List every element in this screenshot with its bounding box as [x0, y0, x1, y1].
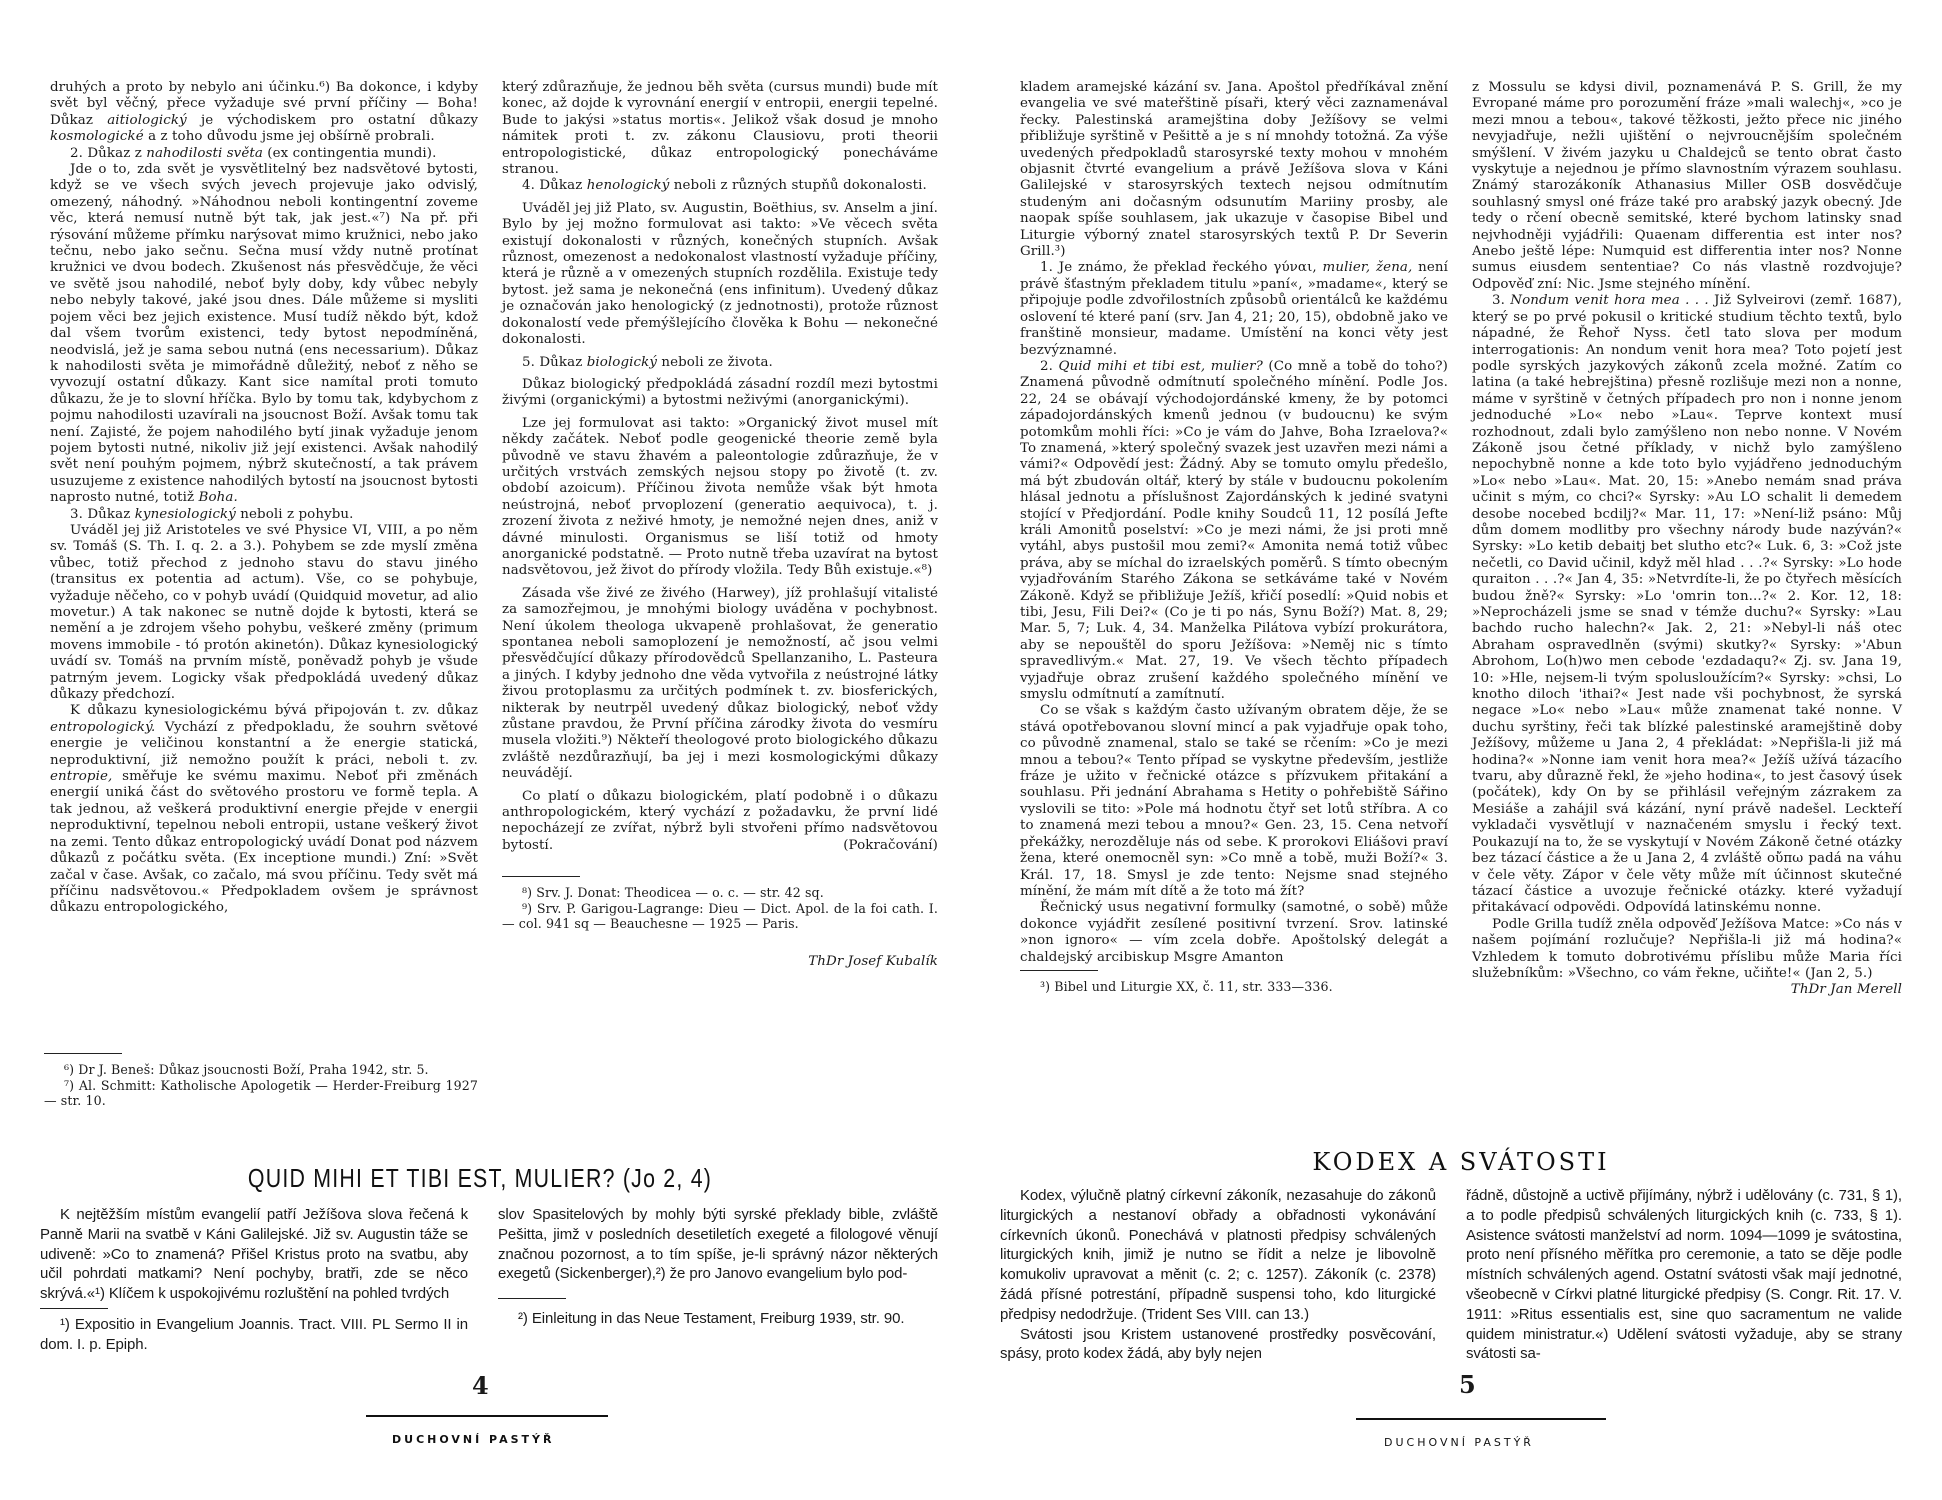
body-paragraph: Lze jej formulovat asi takto: »Organický…	[502, 416, 938, 580]
section-heading-paragraph: 3. Důkaz kynesiologický neboli z pohybu.	[50, 507, 478, 523]
body-paragraph: Uváděl jej již Plato, sv. Augustin, Boët…	[502, 201, 938, 349]
article-title: KODEX A SVÁTOSTI	[980, 1148, 1942, 1176]
left-page-column-1: druhých a proto by nebylo ani účinku.⁶) …	[50, 80, 478, 917]
footnote-rule	[502, 876, 580, 877]
body-paragraph: Uváděl jej již Aristoteles ve své Physic…	[50, 523, 478, 703]
column-2-body: z Mossulu se kdysi divil, poznamenává P.…	[1472, 80, 1902, 982]
footnote-rule	[1020, 970, 1098, 971]
right-page: kladem aramejské kázání sv. Jana. Apošto…	[980, 0, 1942, 1500]
footer-rule	[1356, 1418, 1606, 1420]
journal-footer: DUCHOVNÍ PASTÝŘ	[1384, 1436, 1534, 1449]
footnote-1: ¹) Expositio in Evangelium Joannis. Trac…	[40, 1315, 468, 1355]
body-paragraph: Co platí o důkazu biologickém, platí pod…	[502, 789, 938, 855]
footnote-6: ⁶) Dr J. Beneš: Důkaz jsoucnosti Boží, P…	[44, 1062, 478, 1078]
footnote-7: ⁷) Al. Schmitt: Katholische Apologetik —…	[44, 1078, 478, 1109]
right-page-column-1: kladem aramejské kázání sv. Jana. Apošto…	[1020, 80, 1448, 995]
bottom-column-2-text: slov Spasitelových by mohly býti syrské …	[498, 1205, 938, 1284]
body-paragraph: Podle Grilla tudíž zněla odpověď Ježíšov…	[1472, 917, 1902, 983]
bottom-paragraph: řádně, důstojně a uctivě přijímány, nýbr…	[1466, 1186, 1902, 1364]
footnote-9: ⁹) Srv. P. Garigou-Lagrange: Dieu — Dict…	[502, 901, 938, 932]
footer-rule	[366, 1415, 608, 1417]
body-paragraph: K důkazu kynesiologickému bývá připojová…	[50, 703, 478, 916]
footnote-2: ²) Einleitung in das Neue Testament, Fre…	[498, 1309, 938, 1329]
column-1-body: kladem aramejské kázání sv. Jana. Apošto…	[1020, 80, 1448, 966]
section-heading-paragraph: 2. Quid mihi et tibi est, mulier? (Co mn…	[1020, 359, 1448, 704]
footnote-3: ³) Bibel und Liturgie XX, č. 11, str. 33…	[1020, 979, 1448, 995]
body-paragraph: kladem aramejské kázání sv. Jana. Apošto…	[1020, 80, 1448, 260]
section-heading-paragraph: 1. Je známo, že překlad řeckého γύναι, m…	[1020, 260, 1448, 358]
footnote-rule	[40, 1308, 108, 1309]
bottom-column-2: řádně, důstojně a uctivě přijímány, nýbr…	[1466, 1186, 1902, 1364]
body-paragraph: Řečnický usus negativní formulky (samotn…	[1020, 900, 1448, 966]
bottom-column-1-text: K nejtěžším místům evangelií patří Ježíš…	[40, 1205, 468, 1304]
footnote-rule	[498, 1298, 566, 1299]
continuation-note: (Pokračování)	[823, 838, 938, 854]
journal-footer: DUCHOVNÍ PASTÝŘ	[392, 1433, 554, 1446]
body-paragraph: Zásada vše živé ze živého (Harwey), jíž …	[502, 586, 938, 783]
section-heading-paragraph: 5. Důkaz biologický neboli ze života.	[502, 355, 938, 371]
page-number: 4	[472, 1371, 489, 1400]
section-heading-paragraph: 2. Důkaz z nahodilosti světa (ex conting…	[50, 146, 478, 162]
column-2-body: který zdůrazňuje, že jednou běh světa (c…	[502, 80, 938, 854]
author-signature: ThDr Josef Kubalík	[502, 954, 938, 970]
footnote-rule	[44, 1053, 122, 1054]
left-page: druhých a proto by nebylo ani účinku.⁶) …	[0, 0, 960, 1500]
left-page-column-2: který zdůrazňuje, že jednou běh světa (c…	[502, 80, 938, 970]
section-heading-paragraph: 4. Důkaz henologický neboli z různých st…	[502, 178, 938, 194]
author-signature: ThDr Jan Merell	[1771, 982, 1902, 998]
body-paragraph: Jde o to, zda svět je vysvětlitelný bez …	[50, 162, 478, 507]
page-number: 5	[1459, 1370, 1476, 1399]
right-page-column-2: z Mossulu se kdysi divil, poznamenává P.…	[1472, 80, 1902, 999]
bottom-column-1: Kodex, výlučně platný církevní zákoník, …	[1000, 1186, 1436, 1364]
bottom-column-2: slov Spasitelových by mohly býti syrské …	[498, 1205, 938, 1329]
bottom-column-1: K nejtěžším místům evangelií patří Ježíš…	[40, 1205, 468, 1355]
body-paragraph: Důkaz biologický předpokládá zásadní roz…	[502, 377, 938, 410]
footnote-8: ⁸) Srv. J. Donat: Theodicea — o. c. — st…	[502, 885, 938, 901]
article-title: QUID MIHI ET TIBI EST, MULIER? (Jo 2, 4)	[86, 1163, 873, 1194]
bottom-paragraph: Kodex, výlučně platný církevní zákoník, …	[1000, 1186, 1436, 1325]
body-paragraph: z Mossulu se kdysi divil, poznamenává P.…	[1472, 80, 1902, 293]
body-paragraph: který zdůrazňuje, že jednou běh světa (c…	[502, 80, 938, 178]
section-heading-paragraph: 3. Nondum venit hora mea . . . Již Sylve…	[1472, 293, 1902, 916]
body-paragraph: druhých a proto by nebylo ani účinku.⁶) …	[50, 80, 478, 146]
bottom-paragraph: Svátosti jsou Kristem ustanovené prostře…	[1000, 1325, 1436, 1365]
body-paragraph: Co se však s každým často užívaným obrat…	[1020, 703, 1448, 900]
left-page-column-1-footnotes: ⁶) Dr J. Beneš: Důkaz jsoucnosti Boží, P…	[44, 1053, 478, 1109]
